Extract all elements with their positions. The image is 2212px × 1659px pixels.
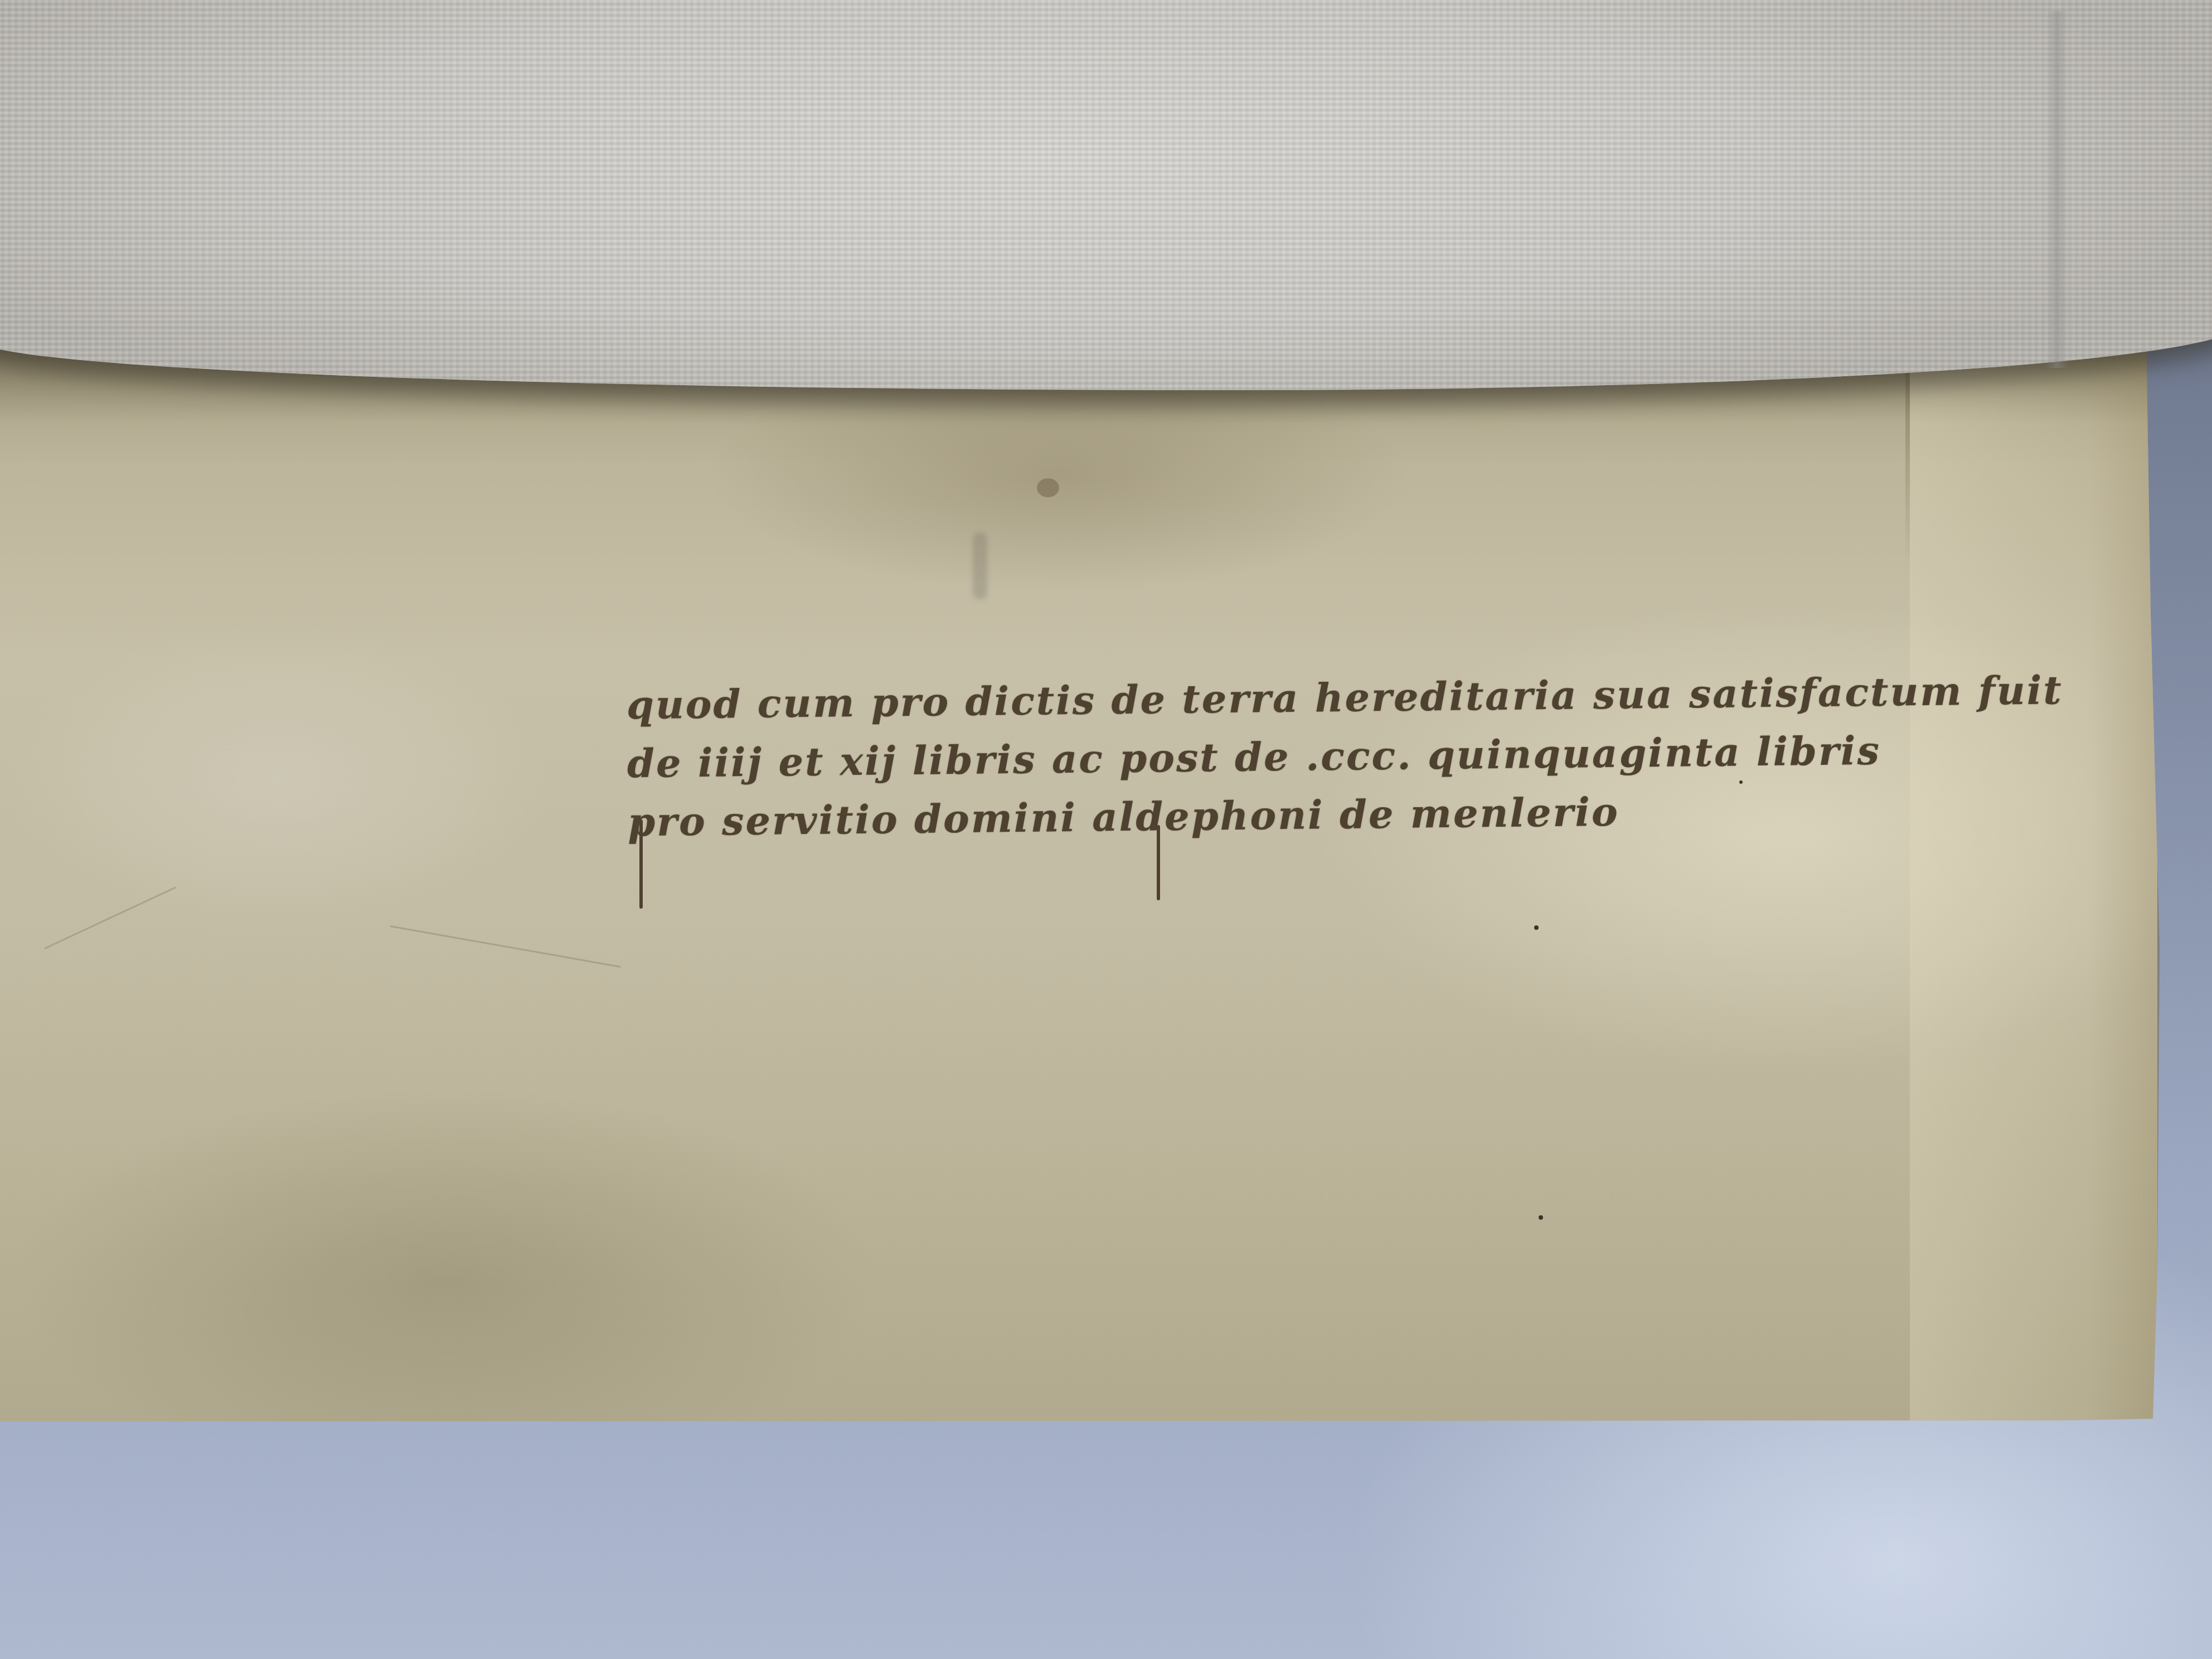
parchment-crease [44, 886, 176, 949]
parchment-crease [390, 925, 621, 968]
fabric-roll-weight [0, 0, 2212, 390]
photo-scene: quod cum pro dictis de terra hereditaria… [0, 0, 2212, 1659]
fabric-seam [2046, 11, 2068, 368]
parchment-right-panel [1910, 334, 2166, 1422]
long-descender-stroke [1157, 825, 1160, 900]
long-descender-stroke [639, 819, 643, 909]
ink-dot [1534, 925, 1539, 930]
handwritten-text-block: quod cum pro dictis de terra hereditaria… [626, 662, 1938, 852]
parchment-sheet: quod cum pro dictis de terra hereditaria… [0, 334, 2157, 1422]
ink-dot [1539, 1215, 1543, 1220]
ink-stain [1037, 478, 1059, 497]
faint-offset-mark [973, 532, 987, 599]
